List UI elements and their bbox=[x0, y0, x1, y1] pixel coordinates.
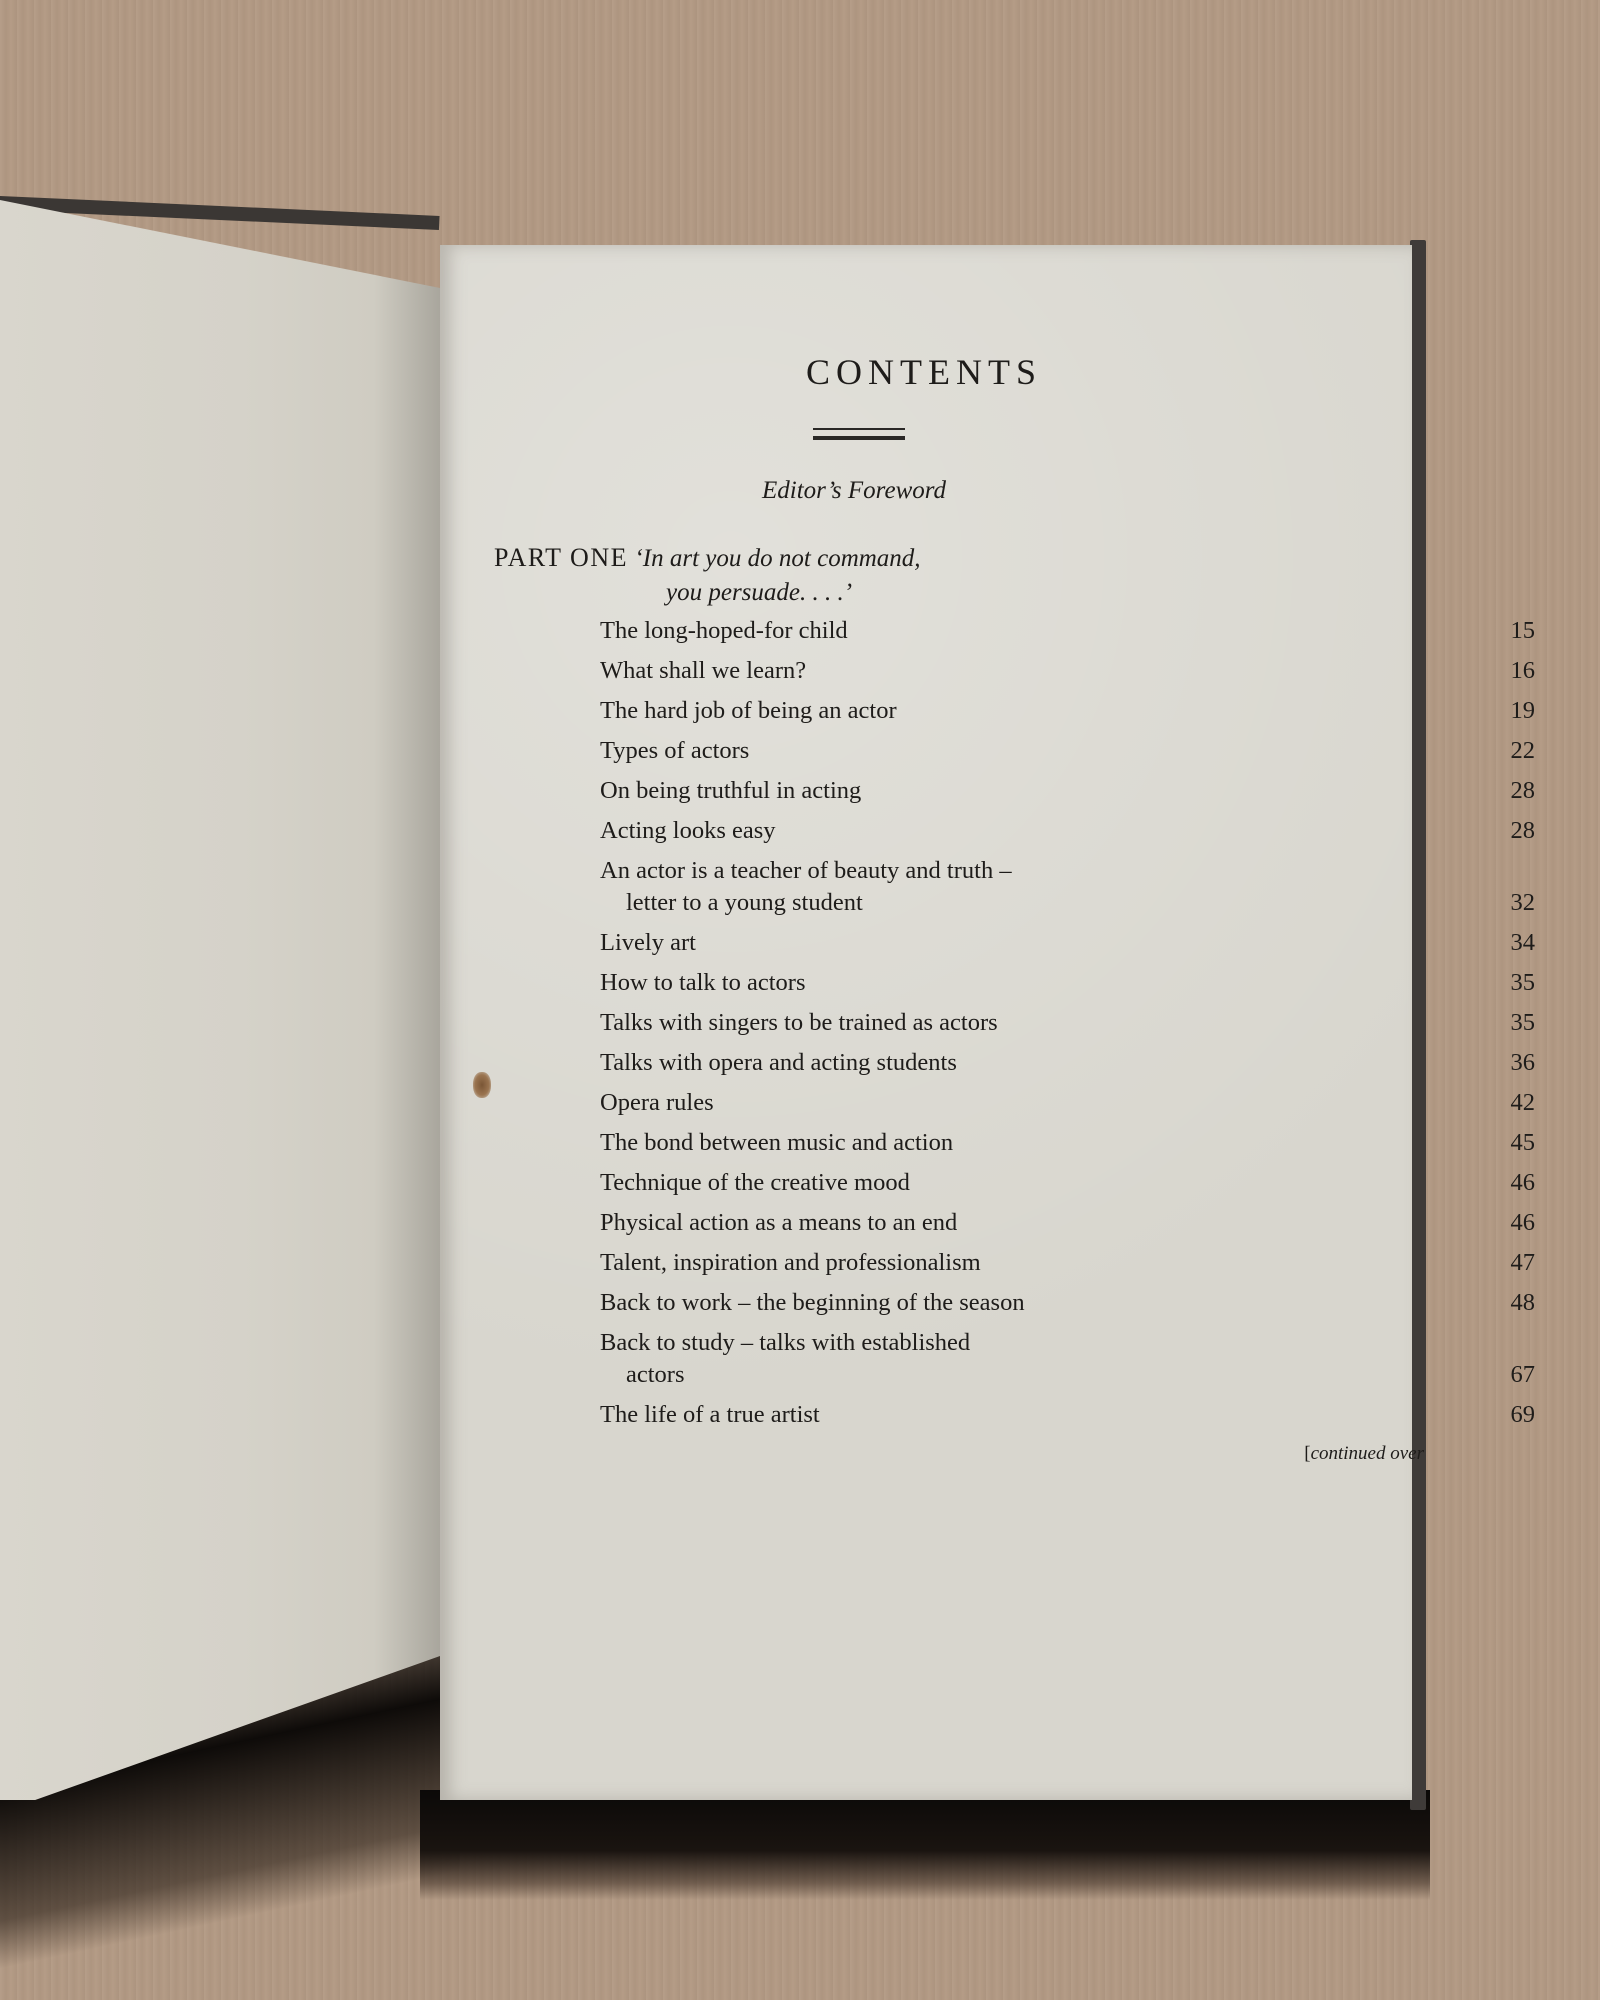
toc-entry: Talent, inspiration and professionalism4… bbox=[600, 1247, 1565, 1287]
toc-entry: Talks with opera and acting students36 bbox=[600, 1047, 1565, 1087]
toc-entry-title: Talks with opera and acting students bbox=[600, 1047, 957, 1079]
toc-entry-title: On being truthful in acting bbox=[600, 775, 861, 807]
part-label: PART ONE bbox=[494, 543, 628, 572]
book-shadow bbox=[420, 1790, 1430, 1900]
toc-entry-title-continued: actors bbox=[626, 1359, 685, 1391]
toc-entry-page: 35 bbox=[1511, 967, 1536, 999]
editors-foreword-entry: Editor’s Foreword bbox=[762, 477, 946, 505]
continued-text: continued over bbox=[1311, 1443, 1424, 1464]
toc-entry-title: What shall we learn? bbox=[600, 655, 806, 687]
toc-entry-title: Types of actors bbox=[600, 735, 749, 767]
toc-entry-page: 46 bbox=[1511, 1207, 1536, 1239]
toc-entry-title: Back to work – the beginning of the seas… bbox=[600, 1287, 1025, 1319]
contents-page: CONTENTS Editor’s Foreword PART ONE ‘In … bbox=[440, 245, 1412, 1800]
toc-entry: How to talk to actors35 bbox=[600, 967, 1565, 1007]
left-page-blank bbox=[0, 200, 440, 1800]
toc-entry-title: The bond between music and action bbox=[600, 1127, 953, 1159]
toc-entry-page: 22 bbox=[1511, 735, 1536, 767]
paper-stain-mark bbox=[473, 1072, 491, 1098]
toc-entry: Acting looks easy28 bbox=[600, 815, 1565, 855]
toc-entry-title: The life of a true artist bbox=[600, 1399, 820, 1431]
table-of-contents: The long-hoped-for child15 What shall we… bbox=[600, 615, 1565, 1439]
toc-entry: The bond between music and action45 bbox=[600, 1127, 1565, 1167]
toc-entry: What shall we learn?16 bbox=[600, 655, 1565, 695]
toc-entry-page: 36 bbox=[1511, 1047, 1536, 1079]
toc-entry-page: 47 bbox=[1511, 1247, 1536, 1279]
toc-entry-title: An actor is a teacher of beauty and trut… bbox=[600, 855, 1012, 887]
contents-page-content: CONTENTS Editor’s Foreword PART ONE ‘In … bbox=[440, 245, 1412, 1800]
toc-entry-page: 28 bbox=[1511, 815, 1536, 847]
toc-entry: Back to study – talks with establishedac… bbox=[600, 1327, 1565, 1399]
toc-entry-title: The long-hoped-for child bbox=[600, 615, 848, 647]
part-heading: PART ONE ‘In art you do not command, you… bbox=[494, 541, 921, 610]
toc-entry-title-continued: letter to a young student bbox=[626, 887, 863, 919]
continued-over-note: [continued over bbox=[1304, 1443, 1424, 1465]
toc-entry-title: Talks with singers to be trained as acto… bbox=[600, 1007, 998, 1039]
toc-entry-title: Lively art bbox=[600, 927, 696, 959]
toc-entry: Technique of the creative mood46 bbox=[600, 1167, 1565, 1207]
toc-entry: Talks with singers to be trained as acto… bbox=[600, 1007, 1565, 1047]
toc-entry: Lively art34 bbox=[600, 927, 1565, 967]
toc-entry-page: 42 bbox=[1511, 1087, 1536, 1119]
toc-entry-title: Technique of the creative mood bbox=[600, 1167, 910, 1199]
toc-entry-title: Opera rules bbox=[600, 1087, 714, 1119]
title-double-rule bbox=[813, 428, 905, 440]
toc-entry-page: 45 bbox=[1511, 1127, 1536, 1159]
toc-entry: Opera rules42 bbox=[600, 1087, 1565, 1127]
toc-entry-title: The hard job of being an actor bbox=[600, 695, 897, 727]
toc-entry-title: How to talk to actors bbox=[600, 967, 806, 999]
toc-entry-page: 46 bbox=[1511, 1167, 1536, 1199]
toc-entry: The hard job of being an actor19 bbox=[600, 695, 1565, 735]
toc-entry-page: 32 bbox=[1511, 887, 1536, 919]
toc-entry-page: 34 bbox=[1511, 927, 1536, 959]
rule-line-thin bbox=[813, 428, 905, 430]
toc-entry-page: 15 bbox=[1511, 615, 1536, 647]
toc-entry: The long-hoped-for child15 bbox=[600, 615, 1565, 655]
toc-entry-page: 35 bbox=[1511, 1007, 1536, 1039]
toc-entry: An actor is a teacher of beauty and trut… bbox=[600, 855, 1565, 927]
toc-entry: Types of actors22 bbox=[600, 735, 1565, 775]
rule-line-thick bbox=[813, 436, 905, 440]
toc-entry: On being truthful in acting28 bbox=[600, 775, 1565, 815]
toc-entry: Physical action as a means to an end46 bbox=[600, 1207, 1565, 1247]
toc-entry-page: 48 bbox=[1511, 1287, 1536, 1319]
toc-entry-title: Talent, inspiration and professionalism bbox=[600, 1247, 981, 1279]
part-epigraph-line2: you persuade. . . .’ bbox=[494, 576, 921, 610]
toc-entry-page: 28 bbox=[1511, 775, 1536, 807]
toc-entry-page: 67 bbox=[1511, 1359, 1536, 1391]
toc-entry-title: Back to study – talks with established bbox=[600, 1327, 970, 1359]
toc-entry: Back to work – the beginning of the seas… bbox=[600, 1287, 1565, 1327]
part-epigraph-line1: ‘In art you do not command, bbox=[634, 545, 920, 572]
toc-entry-page: 19 bbox=[1511, 695, 1536, 727]
toc-entry: The life of a true artist69 bbox=[600, 1399, 1565, 1439]
toc-entry-title: Physical action as a means to an end bbox=[600, 1207, 957, 1239]
page-title: CONTENTS bbox=[438, 351, 1410, 393]
toc-entry-page: 69 bbox=[1511, 1399, 1536, 1431]
toc-entry-title: Acting looks easy bbox=[600, 815, 776, 847]
toc-entry-page: 16 bbox=[1511, 655, 1536, 687]
